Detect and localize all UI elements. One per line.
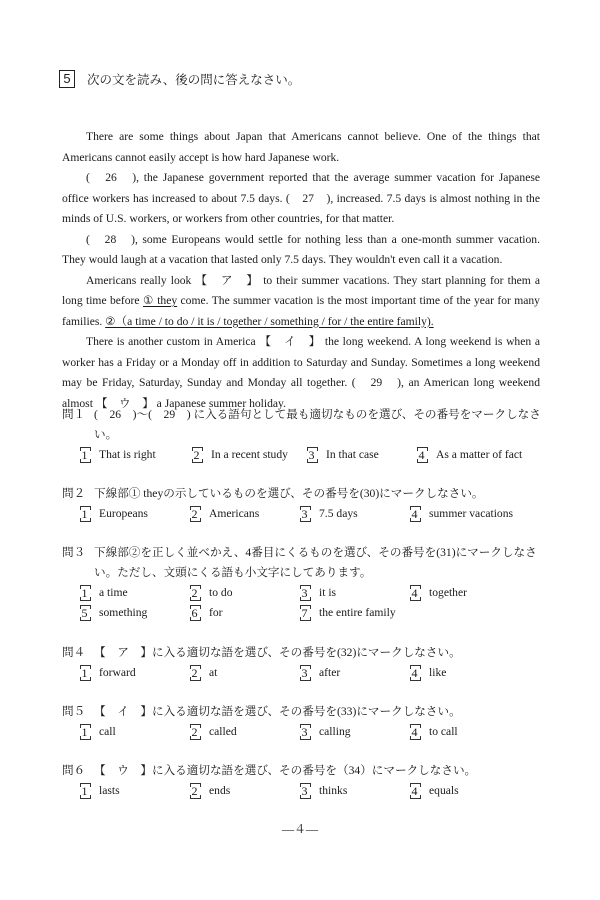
page-number: —４—	[0, 820, 600, 837]
option-number-mark: 5	[80, 606, 89, 620]
question-2: 問２下線部① theyの示しているものを選び、その番号を(30)にマークしなさい…	[62, 484, 542, 524]
question-6: 問６【 ウ 】に入る適切な語を選び、その番号を（34）にマークしなさい。 1la…	[62, 761, 542, 801]
question-label: 問２	[62, 484, 94, 504]
option-number-mark: 1	[80, 448, 89, 462]
question-text: 下線部②を正しく並べかえ、4番目にくるものを選び、その番号を(31)にマークしな…	[94, 543, 542, 583]
option-number-mark: 3	[300, 784, 309, 798]
option-text: after	[319, 663, 340, 683]
option-number-mark: 4	[410, 507, 419, 521]
option-1[interactable]: 1a time	[80, 583, 190, 603]
option-number-mark: 3	[300, 666, 309, 680]
option-number-mark: 3	[300, 507, 309, 521]
option-text: 7.5 days	[319, 504, 358, 524]
question-3: 問３下線部②を正しく並べかえ、4番目にくるものを選び、その番号を(31)にマーク…	[62, 543, 542, 623]
question-text: 【 ア 】に入る適切な語を選び、その番号を(32)にマークしなさい。	[94, 643, 542, 663]
option-2[interactable]: 2Americans	[190, 504, 300, 524]
option-text: something	[99, 603, 147, 623]
question-5: 問５【 イ 】に入る適切な語を選び、その番号を(33)にマークしなさい。 1ca…	[62, 702, 542, 742]
question-label: 問１	[62, 405, 94, 445]
option-5[interactable]: 5something	[80, 603, 190, 623]
option-text: at	[209, 663, 217, 683]
option-3[interactable]: 3it is	[300, 583, 410, 603]
question-label: 問６	[62, 761, 94, 781]
option-number-mark: 1	[80, 784, 89, 798]
option-number-mark: 7	[300, 606, 309, 620]
option-1[interactable]: 1Europeans	[80, 504, 190, 524]
option-2[interactable]: 2at	[190, 663, 300, 683]
option-4[interactable]: 4like	[410, 663, 520, 683]
passage-paragraph-4: Americans really look 【 ア 】 to their sum…	[62, 271, 540, 333]
option-2[interactable]: 2ends	[190, 781, 300, 801]
option-number-mark: 2	[192, 448, 201, 462]
option-number-mark: 3	[300, 725, 309, 739]
question-label: 問５	[62, 702, 94, 722]
option-number-mark: 3	[307, 448, 316, 462]
option-1[interactable]: 1call	[80, 722, 190, 742]
option-text: As a matter of fact	[436, 445, 522, 465]
option-text: forward	[99, 663, 136, 683]
option-number-mark: 2	[190, 666, 199, 680]
exam-page: 5 次の文を読み、後の問に答えなさい。 There are some thing…	[0, 0, 600, 900]
option-number-mark: 2	[190, 586, 199, 600]
option-text: Americans	[209, 504, 259, 524]
option-6[interactable]: 6for	[190, 603, 300, 623]
option-4[interactable]: 4summer vacations	[410, 504, 520, 524]
option-3[interactable]: 3In that case	[307, 445, 417, 465]
section-instruction: 次の文を読み、後の問に答えなさい。	[87, 70, 300, 88]
option-4[interactable]: 4equals	[410, 781, 520, 801]
option-number-mark: 6	[190, 606, 199, 620]
option-number-mark: 4	[410, 586, 419, 600]
option-number-mark: 4	[410, 666, 419, 680]
option-2[interactable]: 2In a recent study	[192, 445, 307, 465]
option-number-mark: 1	[80, 586, 89, 600]
option-text: it is	[319, 583, 336, 603]
option-text: ends	[209, 781, 230, 801]
question-text: 下線部① theyの示しているものを選び、その番号を(30)にマークしなさい。	[94, 484, 542, 504]
option-text: like	[429, 663, 446, 683]
question-text: 【 ウ 】に入る適切な語を選び、その番号を（34）にマークしなさい。	[94, 761, 542, 781]
option-2[interactable]: 2to do	[190, 583, 300, 603]
underline-2-scrambled: ②（a time / to do / it is / together / so…	[105, 315, 434, 328]
option-1[interactable]: 1lasts	[80, 781, 190, 801]
option-3[interactable]: 37.5 days	[300, 504, 410, 524]
question-label: 問４	[62, 643, 94, 663]
option-text: lasts	[99, 781, 120, 801]
option-4[interactable]: 4to call	[410, 722, 520, 742]
option-number-mark: 2	[190, 784, 199, 798]
option-text: to do	[209, 583, 233, 603]
passage-paragraph-1: There are some things about Japan that A…	[62, 127, 540, 168]
question-label: 問３	[62, 543, 94, 583]
option-1[interactable]: 1That is right	[80, 445, 192, 465]
option-number-mark: 3	[300, 586, 309, 600]
option-7[interactable]: 7the entire family	[300, 603, 410, 623]
option-number-mark: 4	[417, 448, 426, 462]
option-number-mark: 1	[80, 507, 89, 521]
option-number-mark: 1	[80, 725, 89, 739]
section-number-box: 5	[59, 70, 75, 88]
question-text: 【 イ 】に入る適切な語を選び、その番号を(33)にマークしなさい。	[94, 702, 542, 722]
option-2[interactable]: 2called	[190, 722, 300, 742]
option-text: summer vacations	[429, 504, 513, 524]
option-4[interactable]: 4As a matter of fact	[417, 445, 547, 465]
option-number-mark: 4	[410, 725, 419, 739]
reading-passage: There are some things about Japan that A…	[62, 127, 540, 414]
option-text: In a recent study	[211, 445, 288, 465]
passage-paragraph-3: ( 28 ), some Europeans would settle for …	[62, 230, 540, 271]
option-1[interactable]: 1forward	[80, 663, 190, 683]
option-text: for	[209, 603, 223, 623]
option-text: call	[99, 722, 116, 742]
option-text: Europeans	[99, 504, 148, 524]
option-3[interactable]: 3calling	[300, 722, 410, 742]
option-text: That is right	[99, 445, 156, 465]
option-number-mark: 2	[190, 507, 199, 521]
option-text: the entire family	[319, 603, 396, 623]
underline-1-they: ① they	[143, 294, 177, 307]
question-1: 問１( 26 )～( 29 ) に入る語句として最も適切なものを選び、その番号を…	[62, 405, 542, 465]
option-text: calling	[319, 722, 351, 742]
passage-paragraph-5: There is another custom in America 【 イ 】…	[62, 332, 540, 414]
option-3[interactable]: 3after	[300, 663, 410, 683]
option-text: called	[209, 722, 237, 742]
option-3[interactable]: 3thinks	[300, 781, 410, 801]
question-text: ( 26 )～( 29 ) に入る語句として最も適切なものを選び、その番号をマー…	[94, 405, 542, 445]
option-4[interactable]: 4together	[410, 583, 520, 603]
option-text: to call	[429, 722, 458, 742]
question-4: 問４【 ア 】に入る適切な語を選び、その番号を(32)にマークしなさい。 1fo…	[62, 643, 542, 683]
option-text: a time	[99, 583, 128, 603]
option-text: equals	[429, 781, 459, 801]
option-number-mark: 1	[80, 666, 89, 680]
section-heading: 5 次の文を読み、後の問に答えなさい。	[59, 70, 300, 88]
option-text: together	[429, 583, 467, 603]
option-number-mark: 2	[190, 725, 199, 739]
option-text: thinks	[319, 781, 347, 801]
option-text: In that case	[326, 445, 379, 465]
option-number-mark: 4	[410, 784, 419, 798]
passage-paragraph-2: ( 26 ), the Japanese government reported…	[62, 168, 540, 230]
